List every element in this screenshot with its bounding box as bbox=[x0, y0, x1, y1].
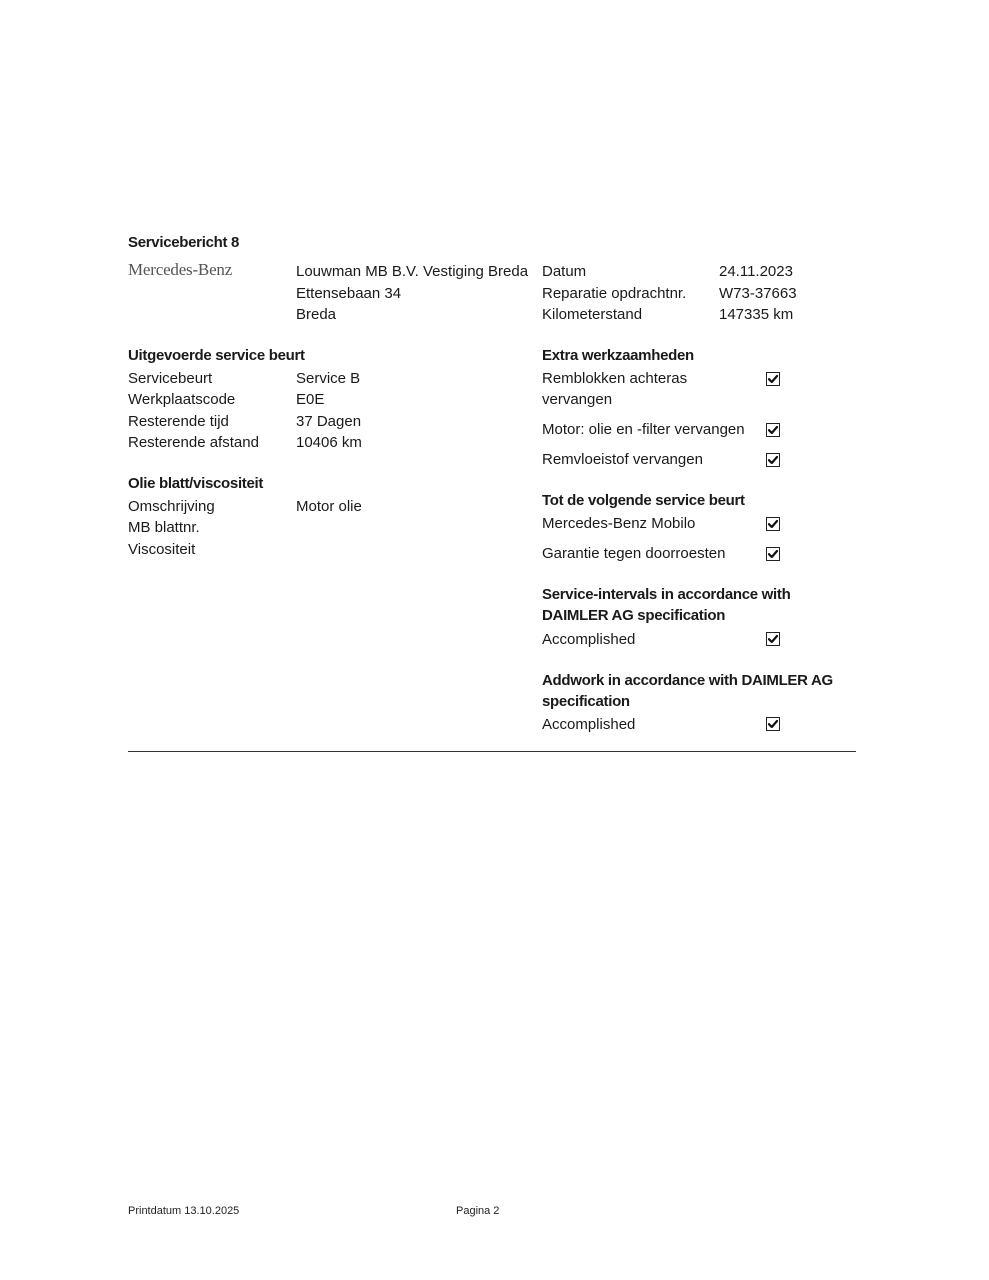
meta-label: Datum bbox=[542, 261, 586, 282]
next-heading: Tot de volgende service beurt bbox=[542, 492, 745, 509]
service-value: Service B bbox=[296, 368, 360, 389]
oil-heading: Olie blatt/viscositeit bbox=[128, 475, 263, 492]
extra-item-label-cont: vervangen bbox=[542, 389, 612, 410]
page-number: Pagina 2 bbox=[456, 1205, 499, 1217]
checkbox-checked[interactable] bbox=[766, 632, 780, 646]
oil-label: Omschrijving bbox=[128, 496, 215, 517]
brand-logo: Mercedes-Benz bbox=[128, 260, 232, 280]
dealer-name: Louwman MB B.V. Vestiging Breda bbox=[296, 261, 528, 282]
service-value: 37 Dagen bbox=[296, 411, 361, 432]
oil-label: Viscositeit bbox=[128, 539, 195, 560]
service-heading: Uitgevoerde service beurt bbox=[128, 347, 305, 364]
meta-value-date: 24.11.2023 bbox=[719, 261, 793, 282]
oil-label: MB blattnr. bbox=[128, 517, 200, 538]
intervals-heading-cont: DAIMLER AG specification bbox=[542, 607, 725, 624]
dealer-city: Breda bbox=[296, 304, 336, 325]
extra-item-label: Motor: olie en -filter vervangen bbox=[542, 419, 745, 440]
extra-item-label: Remvloeistof vervangen bbox=[542, 449, 703, 470]
checkbox-checked[interactable] bbox=[766, 423, 780, 437]
oil-value: Motor olie bbox=[296, 496, 362, 517]
check-icon bbox=[768, 549, 778, 559]
addwork-heading: Addwork in accordance with DAIMLER AG bbox=[542, 672, 833, 689]
service-label: Resterende tijd bbox=[128, 411, 229, 432]
checkbox-checked[interactable] bbox=[766, 517, 780, 531]
extra-item-label: Remblokken achteras bbox=[542, 368, 687, 389]
next-item-label: Mercedes-Benz Mobilo bbox=[542, 513, 695, 534]
check-icon bbox=[768, 519, 778, 529]
service-label: Resterende afstand bbox=[128, 432, 259, 453]
checkbox-checked[interactable] bbox=[766, 717, 780, 731]
check-icon bbox=[768, 455, 778, 465]
addwork-heading-cont: specification bbox=[542, 693, 630, 710]
check-icon bbox=[768, 719, 778, 729]
intervals-item-label: Accomplished bbox=[542, 629, 635, 650]
service-label: Servicebeurt bbox=[128, 368, 212, 389]
dealer-street: Ettensebaan 34 bbox=[296, 283, 401, 304]
checkbox-checked[interactable] bbox=[766, 547, 780, 561]
checkbox-checked[interactable] bbox=[766, 453, 780, 467]
check-icon bbox=[768, 634, 778, 644]
meta-label: Kilometerstand bbox=[542, 304, 642, 325]
next-item-label: Garantie tegen doorroesten bbox=[542, 543, 725, 564]
check-icon bbox=[768, 425, 778, 435]
meta-value-order: W73-37663 bbox=[719, 283, 797, 304]
addwork-item-label: Accomplished bbox=[542, 714, 635, 735]
service-value: E0E bbox=[296, 389, 324, 410]
print-date: Printdatum 13.10.2025 bbox=[128, 1205, 239, 1217]
service-value: 10406 km bbox=[296, 432, 362, 453]
meta-label: Reparatie opdrachtnr. bbox=[542, 283, 686, 304]
meta-value-mileage: 147335 km bbox=[719, 304, 793, 325]
service-label: Werkplaatscode bbox=[128, 389, 235, 410]
checkbox-checked[interactable] bbox=[766, 372, 780, 386]
check-icon bbox=[768, 374, 778, 384]
page-title: Servicebericht 8 bbox=[128, 234, 239, 251]
intervals-heading: Service-intervals in accordance with bbox=[542, 586, 790, 603]
section-divider bbox=[128, 751, 856, 752]
extra-heading: Extra werkzaamheden bbox=[542, 347, 694, 364]
